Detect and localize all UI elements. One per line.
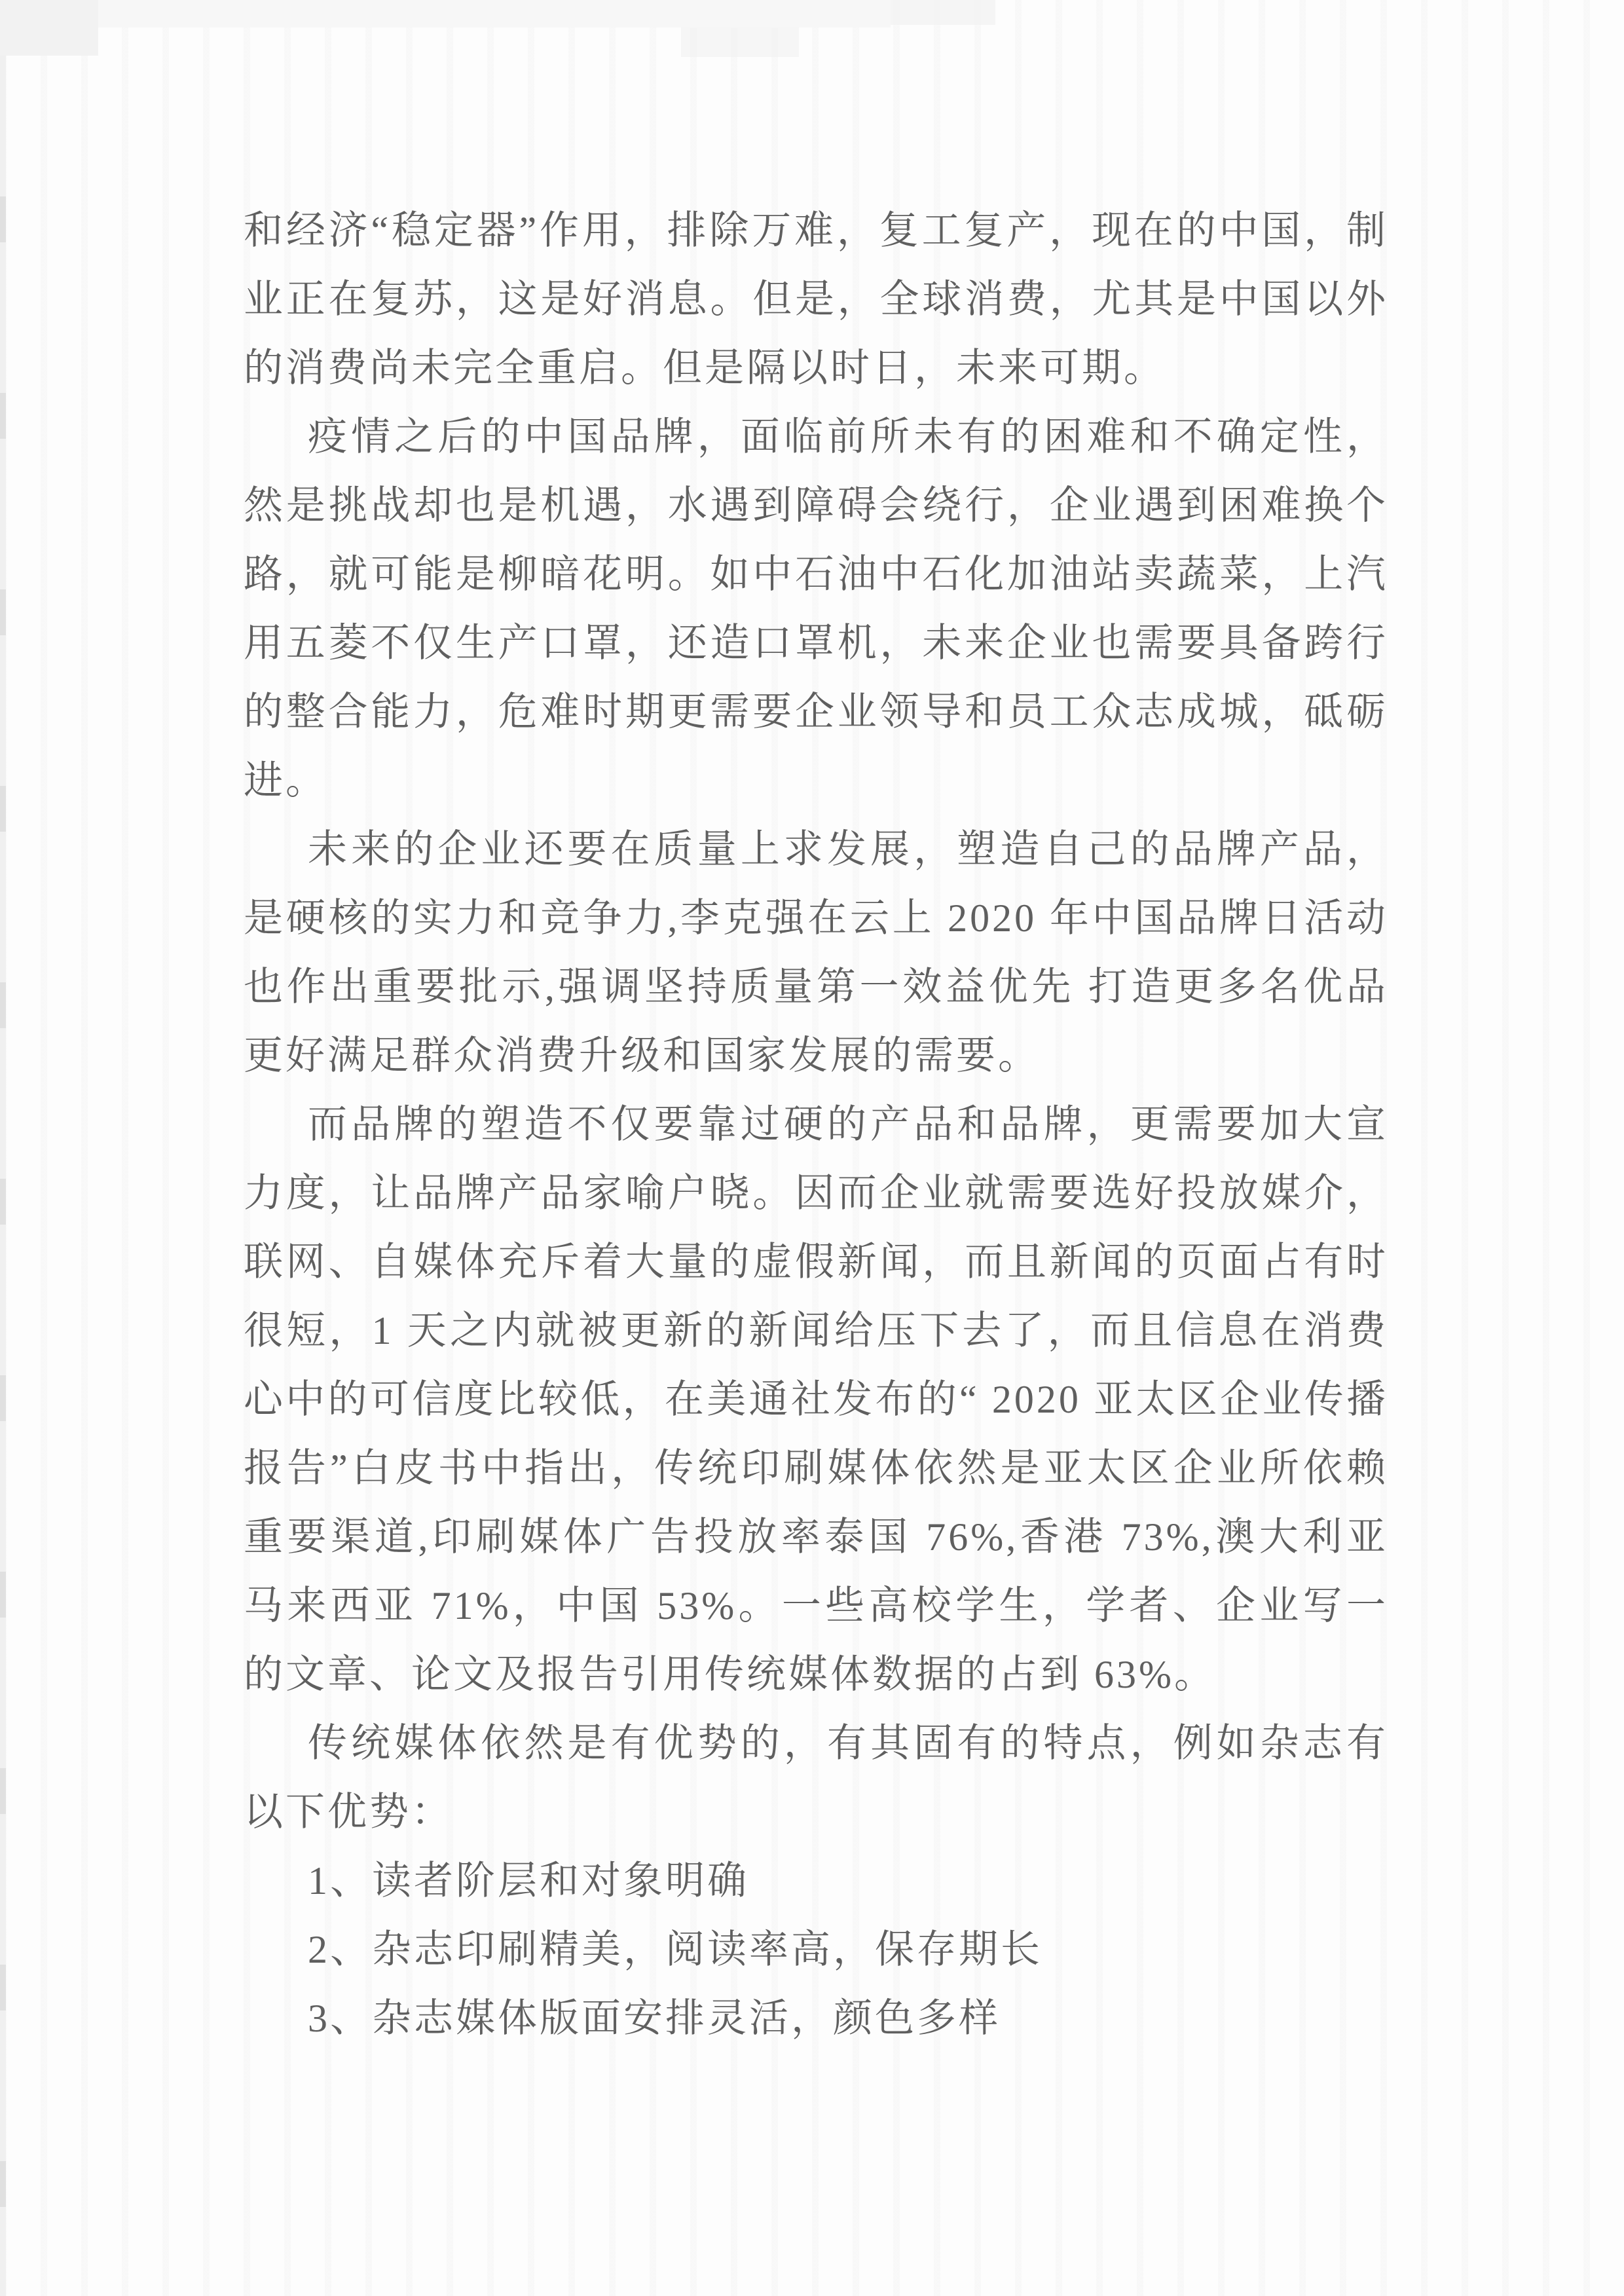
- document-body: 和经济“稳定器”作用，排除万难，复工复产，现在的中国，制造业正在复苏，这是好消息…: [244, 196, 1388, 2053]
- text-line: 而品牌的塑造不仅要靠过硬的产品和品牌，更需要加大宣传: [244, 1090, 1388, 1159]
- text-line: 联网、自媒体充斥着大量的虚假新闻，而且新闻的页面占有时间: [244, 1228, 1388, 1297]
- text-line: 马来西亚 71%，中国 53%。一些高校学生，学者、企业写一些重要: [244, 1572, 1388, 1640]
- scan-artifact-top-edge: [681, 28, 799, 57]
- text-line: 的文章、论文及报告引用传统媒体数据的占到 63%。: [244, 1640, 1388, 1709]
- text-line: 的整合能力，危难时期更需要企业领导和员工众志成城，砥砺奋: [244, 678, 1388, 747]
- text-line: 重要渠道,印刷媒体广告投放率泰国 76%,香港 73%,澳大利亚 72%,: [244, 1503, 1388, 1572]
- text-line: 路，就可能是柳暗花明。如中石油中石化加油站卖蔬菜，上汽通: [244, 540, 1388, 609]
- text-line: 未来的企业还要在质量上求发展，塑造自己的品牌产品，这: [244, 815, 1388, 884]
- text-line: 也作出重要批示,强调坚持质量第一效益优先 打造更多名优品牌,: [244, 953, 1388, 1022]
- text-line: 的消费尚未完全重启。但是隔以时日，未来可期。: [244, 334, 1388, 403]
- text-line: 以下优势：: [244, 1778, 1388, 1847]
- scanned-document-page: 和经济“稳定器”作用，排除万难，复工复产，现在的中国，制造业正在复苏，这是好消息…: [0, 0, 1624, 2296]
- scan-artifact-left-edge: [0, 0, 6, 2296]
- scan-artifact-top-edge: [98, 0, 891, 28]
- scan-artifact-top-edge: [0, 0, 98, 56]
- text-line: 是硬核的实力和竞争力,李克强在云上 2020 年中国品牌日活动时: [244, 884, 1388, 953]
- text-line: 然是挑战却也是机遇，水遇到障碍会绕行，企业遇到困难换个思: [244, 472, 1388, 540]
- text-line: 和经济“稳定器”作用，排除万难，复工复产，现在的中国，制造: [244, 196, 1388, 265]
- text-line: 很短，1 天之内就被更新的新闻给压下去了，而且信息在消费者: [244, 1297, 1388, 1365]
- text-line: 业正在复苏，这是好消息。但是，全球消费，尤其是中国以外: [244, 265, 1388, 334]
- text-line: 进。: [244, 747, 1388, 815]
- scan-artifact-top-edge: [891, 0, 995, 25]
- text-line: 传统媒体依然是有优势的，有其固有的特点，例如杂志有其: [244, 1709, 1388, 1778]
- text-line: 更好满足群众消费升级和国家发展的需要。: [244, 1022, 1388, 1090]
- text-line: 3、杂志媒体版面安排灵活，颜色多样: [244, 1984, 1388, 2053]
- text-line: 用五菱不仅生产口罩，还造口罩机，未来企业也需要具备跨行业: [244, 609, 1388, 678]
- text-line: 报告”白皮书中指出，传统印刷媒体依然是亚太区企业所依赖的: [244, 1434, 1388, 1503]
- text-line: 1、读者阶层和对象明确: [244, 1847, 1388, 1916]
- text-line: 心中的可信度比较低，在美通社发布的“ 2020 亚太区企业传播: [244, 1365, 1388, 1434]
- text-line: 2、杂志印刷精美，阅读率高，保存期长: [244, 1916, 1388, 1984]
- text-line: 疫情之后的中国品牌，面临前所未有的困难和不确定性，虽: [244, 403, 1388, 472]
- text-line: 力度，让品牌产品家喻户晓。因而企业就需要选好投放媒介，互: [244, 1159, 1388, 1228]
